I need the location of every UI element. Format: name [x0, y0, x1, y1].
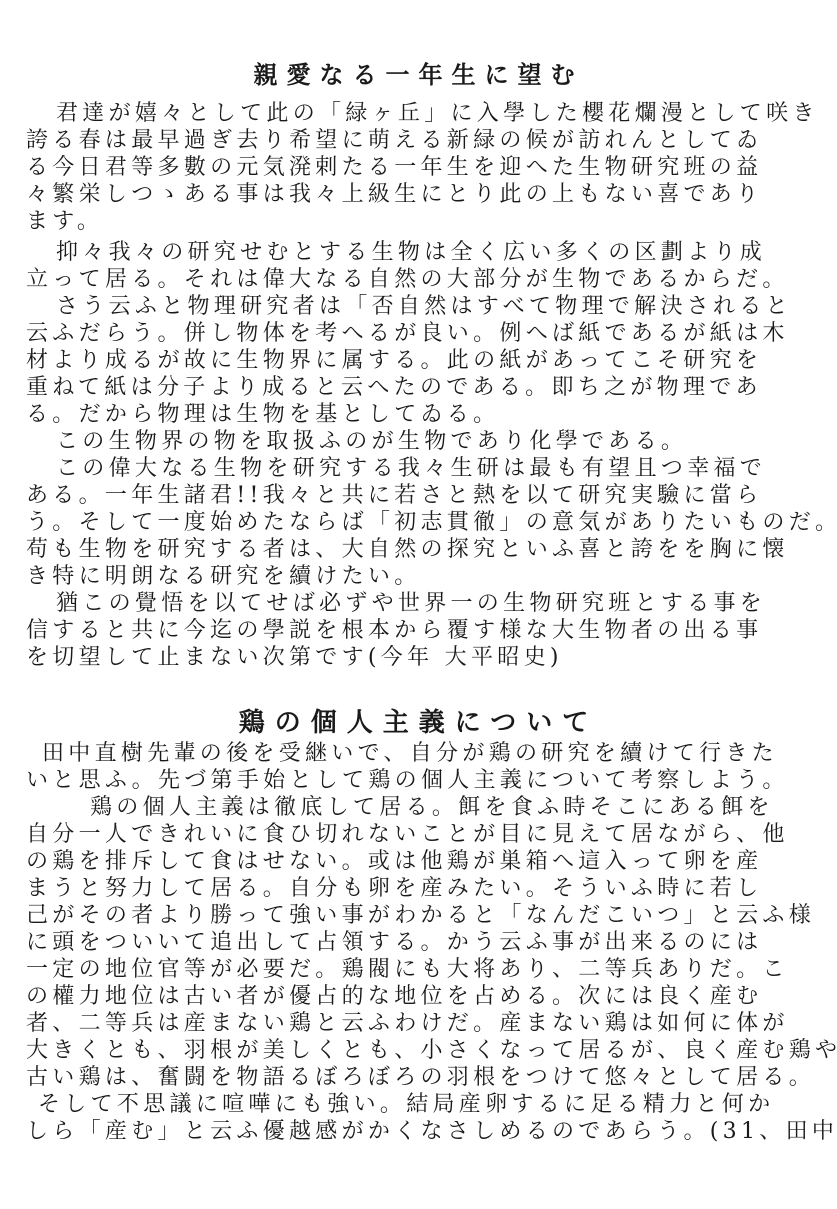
text-line: いと思ふ。先づ第手始として鶏の個人主義について考察しよう。: [26, 767, 816, 794]
text-line: 自分一人できれいに食ひ切れないことが目に見えて居ながら、他: [26, 821, 816, 848]
text-line: 猶この覺悟を以てせば必ずや世界一の生物研究班とする事を: [26, 590, 816, 617]
text-line: そして不思議に喧嘩にも強い。結局産卵するに足る精力と何か: [26, 1091, 816, 1118]
text-line: の鶏を排斥して食はせない。或は他鶏が巣箱へ這入って卵を産: [26, 848, 816, 875]
text-line: の權力地位は古い者が優占的な地位を占める。次には良く産む: [26, 983, 816, 1010]
text-line: る。だから物理は生物を基としてゐる。: [26, 401, 816, 428]
text-line: この生物界の物を取扱ふのが生物であり化學である。: [26, 428, 816, 455]
text-line: 云ふだらう。併し物体を考へるが良い。例へば紙であるが紙は木: [26, 320, 816, 347]
text-line: 々繁栄しつゝある事は我々上級生にとり此の上もない喜であり: [26, 181, 816, 208]
text-line: 大きくとも、羽根が美しくとも、小さくなって居るが、良く産む鶏や: [26, 1037, 816, 1064]
text-line: を切望して止まない次第です(今年 大平昭史): [26, 644, 816, 671]
text-line: 材より成るが故に生物界に属する。此の紙があってこそ研究を: [26, 347, 816, 374]
text-line: 立って居る。それは偉大なる自然の大部分が生物であるからだ。: [26, 266, 816, 293]
article-body-2: 田中直樹先輩の後を受継いで、自分が鶏の研究を續けて行きた いと思ふ。先づ第手始と…: [26, 740, 816, 1145]
text-line: 古い鶏は、奮闘を物語るぼろぼろの羽根をつけて悠々として居る。: [26, 1064, 816, 1091]
text-line: 一定の地位官等が必要だ。鶏閥にも大将あり、二等兵ありだ。こ: [26, 956, 816, 983]
text-line: 誇る春は最早過ぎ去り希望に萌える新緑の候が訪れんとしてゐ: [26, 127, 816, 154]
text-line: う。そして一度始めたならば「初志貫徹」の意気がありたいものだ。: [26, 509, 816, 536]
text-line: ます。: [26, 208, 816, 235]
text-line: 田中直樹先輩の後を受継いで、自分が鶏の研究を續けて行きた: [26, 740, 816, 767]
text-line: 苟も生物を研究する者は、大自然の探究といふ喜と誇をを胸に懐: [26, 536, 816, 563]
text-line: しら「産む」と云ふ優越感がかくなさしめるのであらう。(31、田中浩): [26, 1118, 816, 1145]
text-line: 己がその者より勝って強い事がわかると「なんだこいつ」と云ふ様: [26, 902, 816, 929]
text-line: 君達が嬉々として此の「緑ヶ丘」に入學した櫻花爛漫として咲き: [26, 100, 816, 127]
article-title-1: 親愛なる一年生に望む: [0, 55, 837, 90]
text-line: 者、二等兵は産まない鶏と云ふわけだ。産まない鶏は如何に体が: [26, 1010, 816, 1037]
article-body-1: 君達が嬉々として此の「緑ヶ丘」に入學した櫻花爛漫として咲き 誇る春は最早過ぎ去り…: [26, 100, 816, 671]
text-line: まうと努力して居る。自分も卵を産みたい。そういふ時に若し: [26, 875, 816, 902]
text-line: 重ねて紙は分子より成ると云へたのである。即ち之が物理であ: [26, 374, 816, 401]
text-line: る今日君等多數の元気溌剌たる一年生を迎へた生物研究班の益: [26, 154, 816, 181]
text-line: き特に明朗なる研究を續けたい。: [26, 563, 816, 590]
text-line: 抑々我々の研究せむとする生物は全く広い多くの区劃より成: [26, 239, 816, 266]
text-line: 鶏の個人主義は徹底して居る。餌を食ふ時そこにある餌を: [26, 794, 816, 821]
text-line: さう云ふと物理研究者は「否自然はすべて物理で解決されると: [26, 293, 816, 320]
text-line: 信すると共に今迄の學説を根本から覆す様な大生物者の出る事: [26, 617, 816, 644]
article-title-2: 鶏の個人主義について: [0, 702, 837, 739]
scanned-document-page: 親愛なる一年生に望む 君達が嬉々として此の「緑ヶ丘」に入學した櫻花爛漫として咲き…: [0, 0, 837, 1209]
text-line: ある。一年生諸君!!我々と共に若さと熱を以て研究実驗に當ら: [26, 482, 816, 509]
text-line: に頭をついいて追出して占領する。かう云ふ事が出来るのには: [26, 929, 816, 956]
text-line: この偉大なる生物を研究する我々生研は最も有望且つ幸福で: [26, 455, 816, 482]
